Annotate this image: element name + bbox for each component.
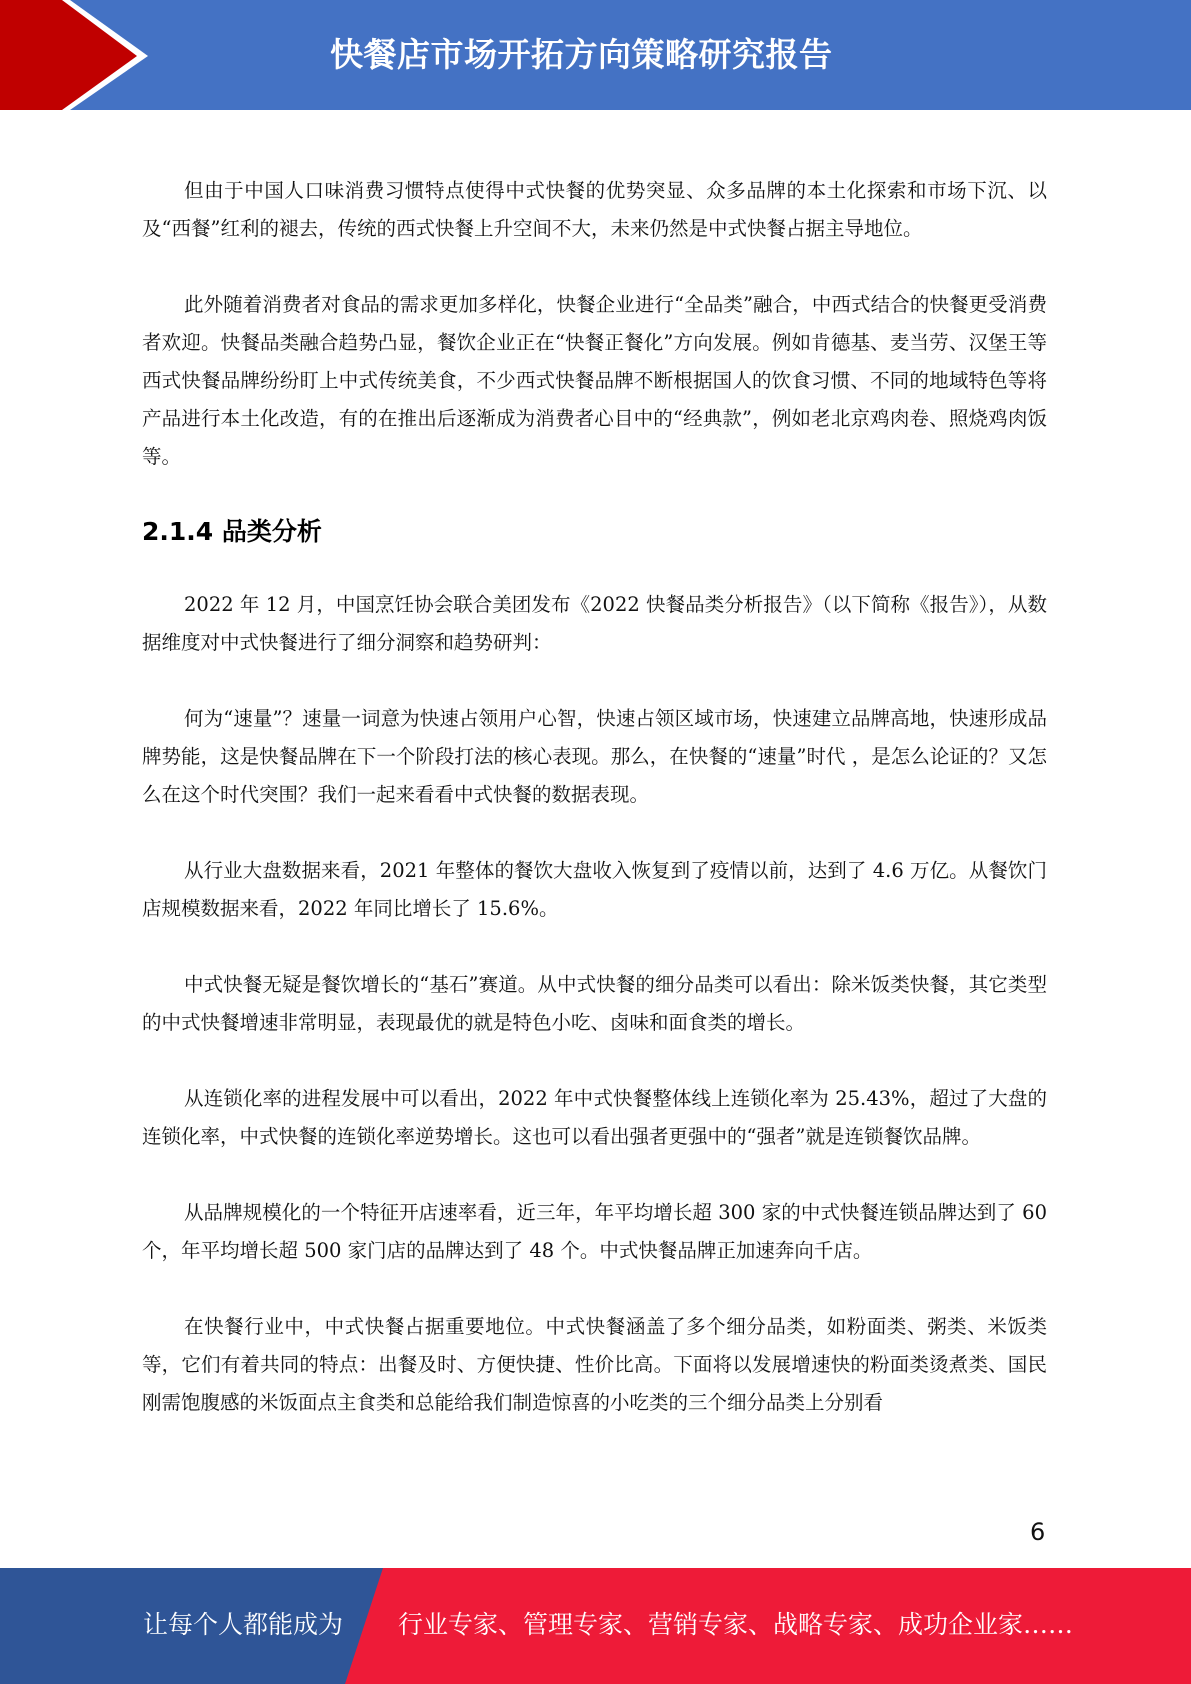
paragraph: 2022 年 12 月，中国烹饪协会联合美团发布《2022 快餐品类分析报告》（… — [142, 586, 1047, 662]
section-heading: 2.1.4 品类分析 — [142, 512, 1047, 552]
paragraph: 何为“速量”？速量一词意为快速占领用户心智，快速占领区域市场，快速建立品牌高地，… — [142, 700, 1047, 814]
paragraph: 从行业大盘数据来看，2021 年整体的餐饮大盘收入恢复到了疫情以前，达到了 4.… — [142, 852, 1047, 928]
report-title: 快餐店市场开拓方向策略研究报告 — [330, 30, 833, 80]
page-footer: 让每个人都能成为 行业专家、管理专家、营销专家、战略专家、成功企业家…… — [0, 1568, 1191, 1684]
paragraph: 中式快餐无疑是餐饮增长的“基石”赛道。从中式快餐的细分品类可以看出：除米饭类快餐… — [142, 966, 1047, 1042]
red-chevron-icon — [0, 0, 160, 110]
paragraph: 此外随着消费者对食品的需求更加多样化，快餐企业进行“全品类”融合，中西式结合的快… — [142, 286, 1047, 476]
footer-slogan-right: 行业专家、管理专家、营销专家、战略专家、成功企业家…… — [398, 1605, 1073, 1645]
paragraph: 从品牌规模化的一个特征开店速率看，近三年，年平均增长超 300 家的中式快餐连锁… — [142, 1194, 1047, 1270]
page-header: 快餐店市场开拓方向策略研究报告 — [0, 0, 1191, 110]
paragraph: 从连锁化率的进程发展中可以看出，2022 年中式快餐整体线上连锁化率为 25.4… — [142, 1080, 1047, 1156]
paragraph: 但由于中国人口味消费习惯特点使得中式快餐的优势突显、众多品牌的本土化探索和市场下… — [142, 172, 1047, 248]
page-number: 6 — [1030, 1518, 1045, 1546]
paragraph: 在快餐行业中，中式快餐占据重要地位。中式快餐涵盖了多个细分品类，如粉面类、粥类、… — [142, 1308, 1047, 1422]
document-body: 但由于中国人口味消费习惯特点使得中式快餐的优势突显、众多品牌的本土化探索和市场下… — [142, 172, 1047, 1422]
footer-slogan-left: 让每个人都能成为 — [143, 1605, 343, 1645]
